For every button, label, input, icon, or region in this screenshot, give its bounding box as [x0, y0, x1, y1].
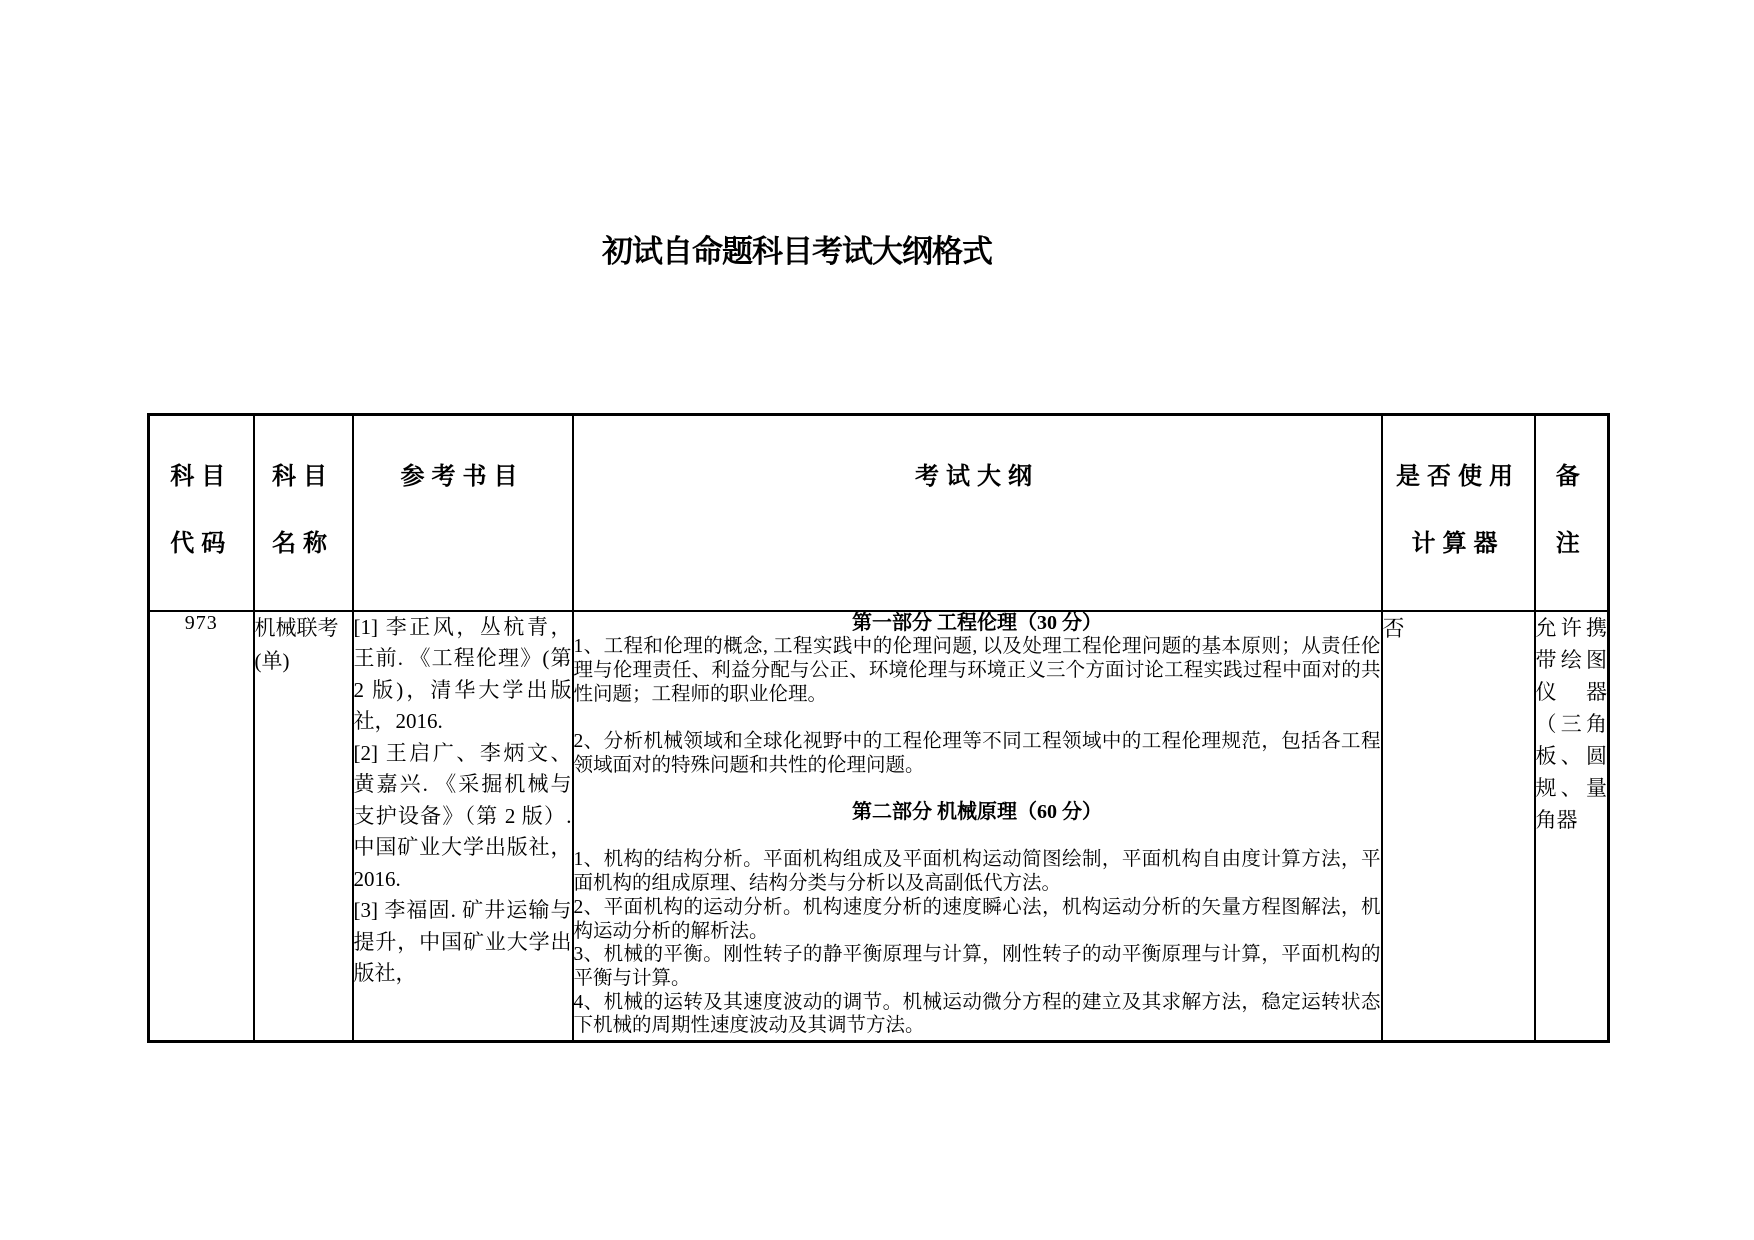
col-header-subject-name: 科目名称: [254, 415, 353, 611]
syllabus-paragraph: 3、机械的平衡。刚性转子的静平衡原理与计算，刚性转子的动平衡原理与计算，平面机构…: [574, 943, 1381, 990]
syllabus-section-heading: 第一部分 工程伦理（30 分）: [574, 612, 1381, 636]
cell-exam-syllabus: 第一部分 工程伦理（30 分）1、工程和伦理的概念, 工程实践中的伦理问题, 以…: [573, 611, 1382, 1042]
col-header-subject-code: 科目代码: [149, 415, 254, 611]
syllabus-section-heading: 第二部分 机械原理（60 分）: [574, 801, 1381, 825]
table-header-row: 科目代码 科目名称 参考书目 考试大纲 是否使用计算器 备注: [149, 415, 1609, 611]
syllabus-table: 科目代码 科目名称 参考书目 考试大纲 是否使用计算器 备注 973 机械联考(…: [147, 413, 1610, 1043]
book-entry: [2] 王启广、李炳文、黄嘉兴. 《采掘机械与支护设备》（第 2 版）.中国矿业…: [354, 738, 572, 896]
cell-reference-books: [1] 李正风，丛杭青，王前. 《工程伦理》(第 2 版)，清华大学出版社，20…: [353, 611, 573, 1042]
col-header-exam-syllabus: 考试大纲: [573, 415, 1382, 611]
syllabus-spacer: [574, 777, 1381, 801]
syllabus-paragraph: 1、工程和伦理的概念, 工程实践中的伦理问题, 以及处理工程伦理问题的基本原则；…: [574, 635, 1381, 706]
syllabus-paragraph: 2、平面机构的运动分析。机构速度分析的速度瞬心法，机构运动分析的矢量方程图解法，…: [574, 896, 1381, 943]
col-header-remark: 备注: [1535, 415, 1609, 611]
cell-calculator-usage: 否: [1382, 611, 1535, 1042]
cell-remark: 允许携带绘图仪器（三角板、圆规、量角器: [1535, 611, 1609, 1042]
syllabus-paragraph: 4、机械的运转及其速度波动的调节。机械运动微分方程的建立及其求解方法，稳定运转状…: [574, 991, 1381, 1038]
col-header-calculator-usage: 是否使用计算器: [1382, 415, 1535, 611]
document-page: 初试自命题科目考试大纲格式 科目代码 科目名称 参考书目 考试大纲 是否使用计算…: [0, 0, 1754, 1240]
book-entry: [1] 李正风，丛杭青，王前. 《工程伦理》(第 2 版)，清华大学出版社，20…: [354, 612, 572, 738]
table-row: 973 机械联考(单) [1] 李正风，丛杭青，王前. 《工程伦理》(第 2 版…: [149, 611, 1609, 1042]
cell-subject-name: 机械联考(单): [254, 611, 353, 1042]
cell-subject-code: 973: [149, 611, 254, 1042]
syllabus-spacer: [574, 706, 1381, 730]
syllabus-spacer: [574, 825, 1381, 849]
syllabus-paragraph: 2、分析机械领域和全球化视野中的工程伦理等不同工程领域中的工程伦理规范，包括各工…: [574, 730, 1381, 777]
page-title: 初试自命题科目考试大纲格式: [0, 226, 1594, 271]
book-entry: [3] 李福固. 矿井运输与提升，中国矿业大学出版社，: [354, 895, 572, 990]
col-header-reference-books: 参考书目: [353, 415, 573, 611]
syllabus-paragraph: 1、机构的结构分析。平面机构组成及平面机构运动简图绘制，平面机构自由度计算方法，…: [574, 848, 1381, 895]
